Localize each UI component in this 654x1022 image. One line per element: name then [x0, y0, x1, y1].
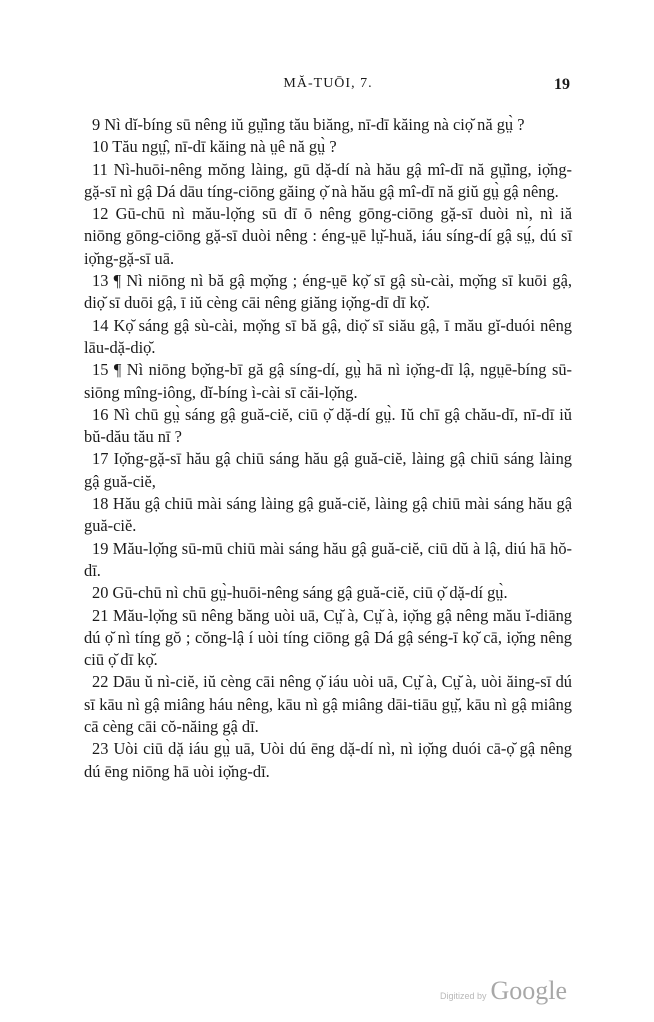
verse-23: 23 Uòi ciū dặ iáu gṳ̀ uā, Uòi dú ēng dặ-… — [84, 738, 572, 783]
verse-number: 10 — [92, 137, 108, 156]
verse-number: 15 — [92, 360, 108, 379]
verse-10: 10 Tău ngṳ̂, nī-dī kăing nà ṳê nă gṳ̀ ? — [84, 136, 572, 158]
verse-text: Kọ̆ sáng gậ sù-cài, mọ̆ng sī bă gậ, diọ̆… — [84, 316, 572, 357]
verse-12: 12 Gū-chū nì mău-lọ̆ng sū dī ō nêng gōng… — [84, 203, 572, 270]
verse-21: 21 Mău-lọ̆ng sū nêng băng uòi uā, Cṳ̆ à,… — [84, 605, 572, 672]
verse-text: Gū-chū nì mău-lọ̆ng sū dī ō nêng gōng-ci… — [84, 204, 572, 268]
verse-number: 18 — [92, 494, 108, 513]
verse-text: Tău ngṳ̂, nī-dī kăing nà ṳê nă gṳ̀ ? — [112, 137, 336, 156]
verse-number: 12 — [92, 204, 108, 223]
verse-text: Nì chū gṳ̀ sáng gậ guă-ciĕ, ciū ọ̆ dặ-dí… — [84, 405, 572, 446]
verse-20: 20 Gū-chū nì chū gṳ̀-huōi-nêng sáng gậ g… — [84, 582, 572, 604]
digitized-watermark: Digitized by Google — [440, 976, 567, 1006]
verse-15: 15 ¶ Nì niōng bọ̆ng-bī gă gậ síng-dí, gṳ… — [84, 359, 572, 404]
verse-text: Nì niōng bọ̆ng-bī gă gậ síng-dí, gṳ̀ hā … — [84, 360, 572, 401]
verse-number: 14 — [92, 316, 108, 335]
verse-text: Iọ̆ng-gặ-sī hău gậ chiū sáng hău gậ guă-… — [84, 449, 572, 490]
scripture-text: 9 Nì dĭ-bíng sū nêng iŭ gṳ̆ing tău biăng… — [84, 114, 572, 783]
pilcrow-icon: ¶ — [114, 271, 121, 290]
verse-17: 17 Iọ̆ng-gặ-sī hău gậ chiū sáng hău gậ g… — [84, 448, 572, 493]
verse-text: Hău gậ chiū mài sáng làing gậ guă-ciĕ, l… — [84, 494, 572, 535]
running-title: MĂ-TUŌI, 7. — [84, 76, 572, 92]
verse-number: 17 — [92, 449, 108, 468]
verse-16: 16 Nì chū gṳ̀ sáng gậ guă-ciĕ, ciū ọ̆ dặ… — [84, 404, 572, 449]
verse-text: Nì dĭ-bíng sū nêng iŭ gṳ̆ing tău biăng, … — [104, 115, 524, 134]
page-number: 19 — [554, 76, 570, 94]
verse-number: 21 — [92, 606, 108, 625]
verse-number: 13 — [92, 271, 108, 290]
verse-18: 18 Hău gậ chiū mài sáng làing gậ guă-ciĕ… — [84, 493, 572, 538]
google-logo: Google — [491, 976, 568, 1006]
verse-number: 9 — [92, 115, 100, 134]
watermark-prefix: Digitized by — [440, 991, 487, 1001]
verse-number: 22 — [92, 672, 108, 691]
page-header: MĂ-TUŌI, 7. 19 — [84, 76, 572, 98]
verse-number: 23 — [92, 739, 108, 758]
verse-text: Mău-lọ̆ng sū-mū chiū mài sáng hău gậ guă… — [84, 539, 572, 580]
verse-text: Gū-chū nì chū gṳ̀-huōi-nêng sáng gậ guă-… — [113, 583, 508, 602]
verse-14: 14 Kọ̆ sáng gậ sù-cài, mọ̆ng sī bă gậ, d… — [84, 315, 572, 360]
verse-11: 11 Nì-huōi-nêng mŏng làing, gū dặ-dí nà … — [84, 159, 572, 204]
verse-number: 16 — [92, 405, 108, 424]
verse-number: 20 — [92, 583, 108, 602]
verse-number: 19 — [92, 539, 108, 558]
verse-19: 19 Mău-lọ̆ng sū-mū chiū mài sáng hău gậ … — [84, 538, 572, 583]
verse-22: 22 Dāu ŭ nì-ciĕ, iŭ cèng cāi nêng ọ̆ iáu… — [84, 671, 572, 738]
verse-number: 11 — [92, 160, 108, 179]
verse-text: Uòi ciū dặ iáu gṳ̀ uā, Uòi dú ēng dặ-dí … — [84, 739, 572, 780]
verse-13: 13 ¶ Nì niōng nì bă gậ mọ̆ng ; éng-ṳē kọ… — [84, 270, 572, 315]
pilcrow-icon: ¶ — [114, 360, 121, 379]
verse-text: Dāu ŭ nì-ciĕ, iŭ cèng cāi nêng ọ̆ iáu uò… — [84, 672, 572, 736]
verse-text: Nì-huōi-nêng mŏng làing, gū dặ-dí nà hău… — [84, 160, 572, 201]
verse-text: Nì niōng nì bă gậ mọ̆ng ; éng-ṳē kọ̆ sī … — [84, 271, 572, 312]
verse-text: Mău-lọ̆ng sū nêng băng uòi uā, Cṳ̆ à, Cṳ… — [84, 606, 572, 670]
verse-9: 9 Nì dĭ-bíng sū nêng iŭ gṳ̆ing tău biăng… — [84, 114, 572, 136]
